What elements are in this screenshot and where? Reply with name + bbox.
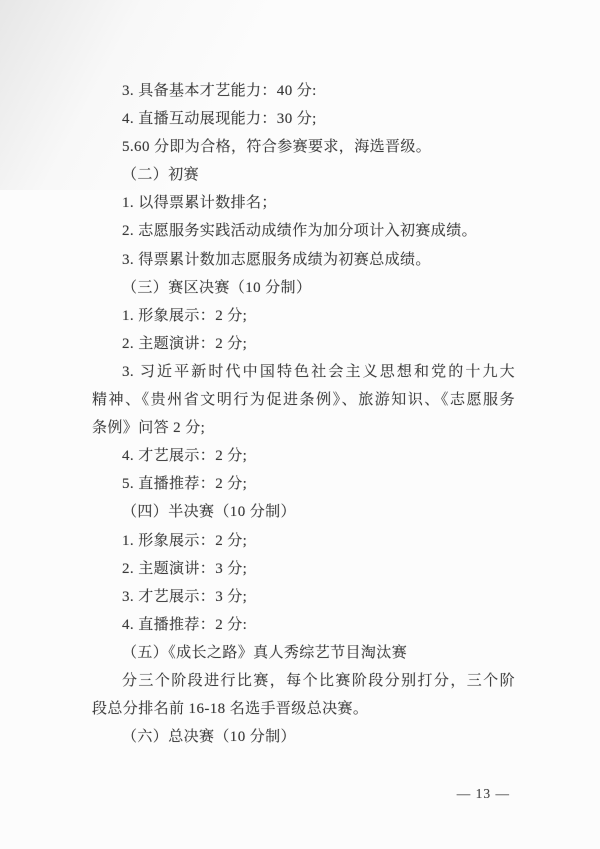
text-line: 1. 形象展示：2 分; bbox=[92, 302, 515, 330]
text-line: 1. 形象展示：2 分; bbox=[92, 527, 515, 555]
text-line: （二）初赛 bbox=[92, 161, 515, 189]
text-line: 4. 直播互动展现能力：30 分; bbox=[92, 105, 515, 133]
text-line: 4. 直播推荐：2 分: bbox=[92, 611, 515, 639]
text-line: 2. 志愿服务实践活动成绩作为加分项计入初赛成绩。 bbox=[92, 217, 515, 245]
page-number: — 13 — bbox=[457, 786, 510, 802]
document-page: 3. 具备基本才艺能力：40 分:4. 直播互动展现能力：30 分;5.60 分… bbox=[0, 0, 600, 849]
text-line: 3. 习近平新时代中国特色社会主义思想和党的十九大 bbox=[92, 358, 515, 386]
text-line: （六）总决赛（10 分制） bbox=[92, 723, 515, 751]
text-line: 条例》问答 2 分; bbox=[92, 414, 515, 442]
text-line: 5. 直播推荐：2 分; bbox=[92, 470, 515, 498]
text-line: 3. 得票累计数加志愿服务成绩为初赛总成绩。 bbox=[92, 246, 515, 274]
text-line: 2. 主题演讲：3 分; bbox=[92, 555, 515, 583]
text-line: 精神、《贵州省文明行为促进条例》、旅游知识、《志愿服务 bbox=[92, 386, 515, 414]
text-line: 分三个阶段进行比赛，每个比赛阶段分别打分，三个阶 bbox=[92, 667, 515, 695]
text-line: （三）赛区决赛（10 分制） bbox=[92, 274, 515, 302]
text-line: 3. 具备基本才艺能力：40 分: bbox=[92, 77, 515, 105]
text-line: 1. 以得票累计数排名； bbox=[92, 189, 515, 217]
text-line: （四）半决赛（10 分制） bbox=[92, 498, 515, 526]
text-line: 5.60 分即为合格，符合参赛要求，海选晋级。 bbox=[92, 133, 515, 161]
text-line: 2. 主题演讲：2 分; bbox=[92, 330, 515, 358]
text-line: 3. 才艺展示：3 分; bbox=[92, 583, 515, 611]
text-line: 段总分排名前 16-18 名选手晋级总决赛。 bbox=[92, 695, 515, 723]
text-line: （五）《成长之路》真人秀综艺节目淘汰赛 bbox=[92, 639, 515, 667]
text-line: 4. 才艺展示：2 分; bbox=[92, 442, 515, 470]
document-text: 3. 具备基本才艺能力：40 分:4. 直播互动展现能力：30 分;5.60 分… bbox=[92, 77, 515, 751]
